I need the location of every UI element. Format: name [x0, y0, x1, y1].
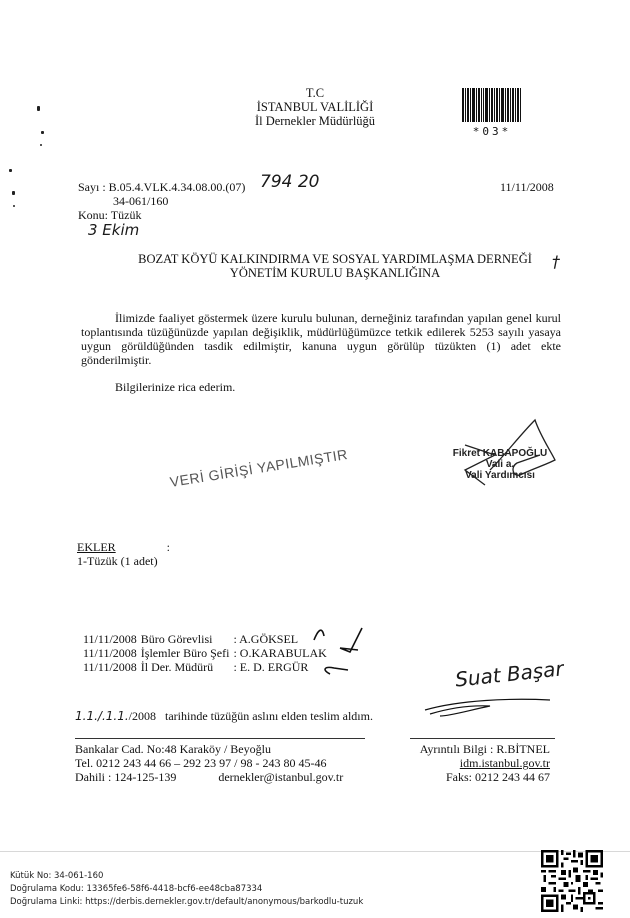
receiver-signature: Suat Başar	[454, 656, 565, 691]
official-row: 11/11/2008 İşlemler Büro Şefi : O.KARABU…	[83, 646, 331, 660]
sayi-sub: 34-061/160	[113, 195, 168, 208]
footer-divider-left	[75, 738, 365, 739]
official-date: 11/11/2008	[83, 632, 141, 646]
sayi-handwritten: 794 20	[260, 172, 319, 192]
attachments-title: EKLER	[77, 540, 116, 554]
signatory-title-2: Vali Yardımcısı	[430, 470, 570, 481]
scan-speck	[40, 144, 42, 146]
sayi-label: Sayı :	[78, 180, 106, 194]
initials-scribble-icon	[300, 622, 380, 682]
verification-link[interactable]: Doğrulama Linki: https://derbis.dernekle…	[10, 896, 363, 909]
footer-divider-right	[410, 738, 555, 739]
addressee-line-2: YÖNETİM KURULU BAŞKANLIĞINA	[105, 266, 565, 280]
verification-block: Kütük No: 34-061-160 Doğrulama Kodu: 133…	[10, 870, 363, 909]
attachment-item: 1-Tüzük (1 adet)	[77, 554, 170, 568]
receipt-date-suffix: /2008	[129, 709, 156, 723]
letterhead: T.C İSTANBUL VALİLİĞİ İl Dernekler Müdür…	[230, 86, 400, 128]
officials-table: 11/11/2008 Büro Görevlisi : A.GÖKSEL 11/…	[83, 632, 331, 674]
official-row: 11/11/2008 İl Der. Müdürü : E. D. ERGÜR	[83, 660, 331, 674]
document-page: T.C İSTANBUL VALİLİĞİ İl Dernekler Müdür…	[0, 0, 630, 918]
signature-underline-icon	[420, 690, 560, 720]
official-role: İl Der. Müdürü	[141, 660, 234, 674]
footer-contact-person: Ayrıntılı Bilgi : R.BİTNEL	[410, 742, 550, 756]
official-date: 11/11/2008	[83, 660, 141, 674]
footer-email[interactable]: dernekler@istanbul.gov.tr	[218, 770, 343, 784]
receipt-date-handwritten: 1.1./.1.1.	[75, 709, 129, 723]
official-role: Büro Görevlisi	[141, 632, 234, 646]
official-role: İşlemler Büro Şefi	[141, 646, 234, 660]
receipt-line: 1.1./.1.1./2008 tarihinde tüzüğün aslını…	[75, 709, 373, 724]
receipt-text: tarihinde tüzüğün aslını elden teslim al…	[165, 709, 373, 723]
footer-phone: Tel. 0212 243 44 66 – 292 23 97 / 98 - 2…	[75, 756, 343, 770]
footer-website-link[interactable]: idm.istanbul.gov.tr	[410, 756, 550, 770]
footer-internal-email: Dahili : 124-125-139 dernekler@istanbul.…	[75, 770, 343, 784]
attachments-colon: :	[167, 540, 170, 554]
verification-separator	[0, 851, 630, 852]
officials-list: 11/11/2008 Büro Görevlisi : A.GÖKSEL 11/…	[83, 632, 331, 674]
signatory-block: Fikret KABAPOĞLU Vali a. Vali Yardımcısı	[430, 448, 570, 481]
attachments-header: EKLER :	[77, 540, 170, 554]
letter-body: İlimizde faaliyet göstermek üzere kurulu…	[81, 311, 561, 367]
addressee: BOZAT KÖYÜ KALKINDIRMA VE SOSYAL YARDIML…	[105, 252, 565, 280]
barcode-icon	[462, 88, 522, 122]
addressee-line-1: BOZAT KÖYÜ KALKINDIRMA VE SOSYAL YARDIML…	[105, 252, 565, 266]
official-date: 11/11/2008	[83, 646, 141, 660]
barcode-label: *03*	[462, 125, 522, 138]
footer-address: Bankalar Cad. No:48 Karaköy / Beyoğlu	[75, 742, 343, 756]
registry-number: Kütük No: 34-061-160	[10, 870, 363, 883]
footer-contact-right: Ayrıntılı Bilgi : R.BİTNEL idm.istanbul.…	[410, 742, 550, 784]
letterhead-line-tc: T.C	[230, 86, 400, 100]
letterhead-line-mudurluk: İl Dernekler Müdürlüğü	[230, 114, 400, 128]
closing-line: Bilgilerinize rica ederim.	[115, 380, 235, 395]
handwritten-mark: †	[552, 252, 560, 271]
scan-speck	[41, 131, 44, 134]
footer-internal: Dahili : 124-125-139	[75, 770, 176, 784]
sayi-value: B.05.4.VLK.4.34.08.00.(07)	[109, 180, 246, 194]
verification-code: Doğrulama Kodu: 13365fe6-58f6-4418-bcf6-…	[10, 883, 363, 896]
document-date: 11/11/2008	[500, 181, 554, 194]
scan-speck	[9, 169, 12, 172]
konu-value: Tüzük	[111, 208, 142, 222]
scan-speck	[13, 205, 15, 207]
footer-contact-left: Bankalar Cad. No:48 Karaköy / Beyoğlu Te…	[75, 742, 343, 784]
footer-fax: Faks: 0212 243 44 67	[410, 770, 550, 784]
official-row: 11/11/2008 Büro Görevlisi : A.GÖKSEL	[83, 632, 331, 646]
scan-speck	[37, 106, 40, 111]
konu-handwritten: 3 Ekim	[88, 221, 139, 239]
signatory-title-1: Vali a.	[430, 459, 570, 470]
data-entry-stamp: VERİ GİRİŞİ YAPILMIŞTIR	[169, 446, 349, 490]
reference-number: Sayı : B.05.4.VLK.4.34.08.00.(07)	[78, 181, 245, 194]
konu-label: Konu:	[78, 208, 108, 222]
letterhead-line-valilik: İSTANBUL VALİLİĞİ	[230, 100, 400, 114]
attachments-section: EKLER : 1-Tüzük (1 adet)	[77, 540, 170, 568]
scan-speck	[12, 191, 15, 195]
qr-code-icon[interactable]	[541, 850, 603, 912]
body-paragraph: İlimizde faaliyet göstermek üzere kurulu…	[81, 311, 561, 367]
signatory-name: Fikret KABAPOĞLU	[430, 448, 570, 459]
